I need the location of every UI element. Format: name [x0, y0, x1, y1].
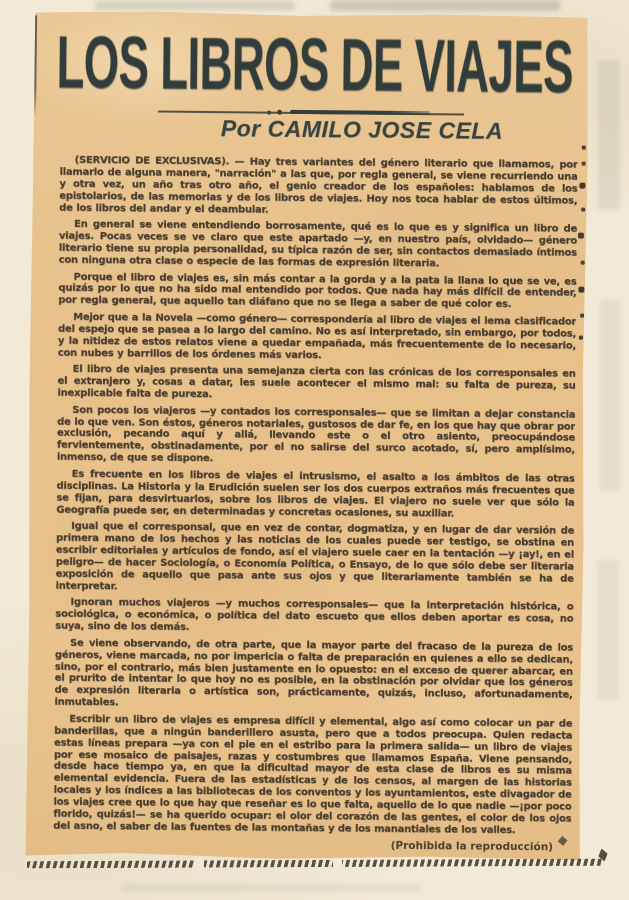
newspaper-clipping: LOS LIBROS DE VIAJES Por CAMILO JOSE CEL… [25, 10, 589, 861]
bleedthrough-mark [120, 884, 420, 892]
paragraph: (SERVICIO DE EXCLUSIVAS). — Hay tres var… [59, 155, 578, 220]
article-byline: Por CAMILO JOSE CELA [32, 113, 588, 145]
bleedthrough-mark [95, 1, 295, 10]
scanned-page: LOS LIBROS DE VIAJES Por CAMILO JOSE CEL… [0, 0, 629, 900]
bleedthrough-mark [330, 0, 560, 11]
hatched-rule [27, 859, 603, 869]
article-body: (SERVICIO DE EXCLUSIVAS). — Hay tres var… [53, 155, 577, 838]
bleedthrough-mark [598, 560, 618, 700]
paragraph: Se viene observando, de otra parte, que … [54, 637, 573, 713]
article-title: LOS LIBROS DE VIAJES [56, 26, 376, 103]
paragraph: El libro de viajes presenta una semejanz… [57, 364, 575, 405]
paragraph: Ignoran muchos viajeros —y muchos corres… [55, 597, 573, 638]
paragraph: Mejor que a la Novela —como género— corr… [58, 312, 576, 365]
paragraph: Igual que el corresponsal, que en vez de… [55, 521, 574, 597]
bleedthrough-mark [598, 60, 620, 210]
paragraph: Es frecuente en los libros de viajes el … [56, 468, 574, 521]
paragraph: Porque el libro de viajes es, sin más co… [58, 271, 576, 312]
cut-column-specks [582, 146, 586, 150]
copyright-notice: (Prohibida la reproducción) [53, 837, 575, 854]
torn-edge-mark [32, 15, 37, 117]
paragraph: Escribir un libro de viajes es empresa d… [53, 713, 572, 837]
bleedthrough-mark [600, 300, 620, 490]
paragraph: Son pocos los viajeros —y contados los c… [57, 404, 576, 469]
paragraph: En general se viene entendiendo borrosam… [59, 219, 577, 272]
